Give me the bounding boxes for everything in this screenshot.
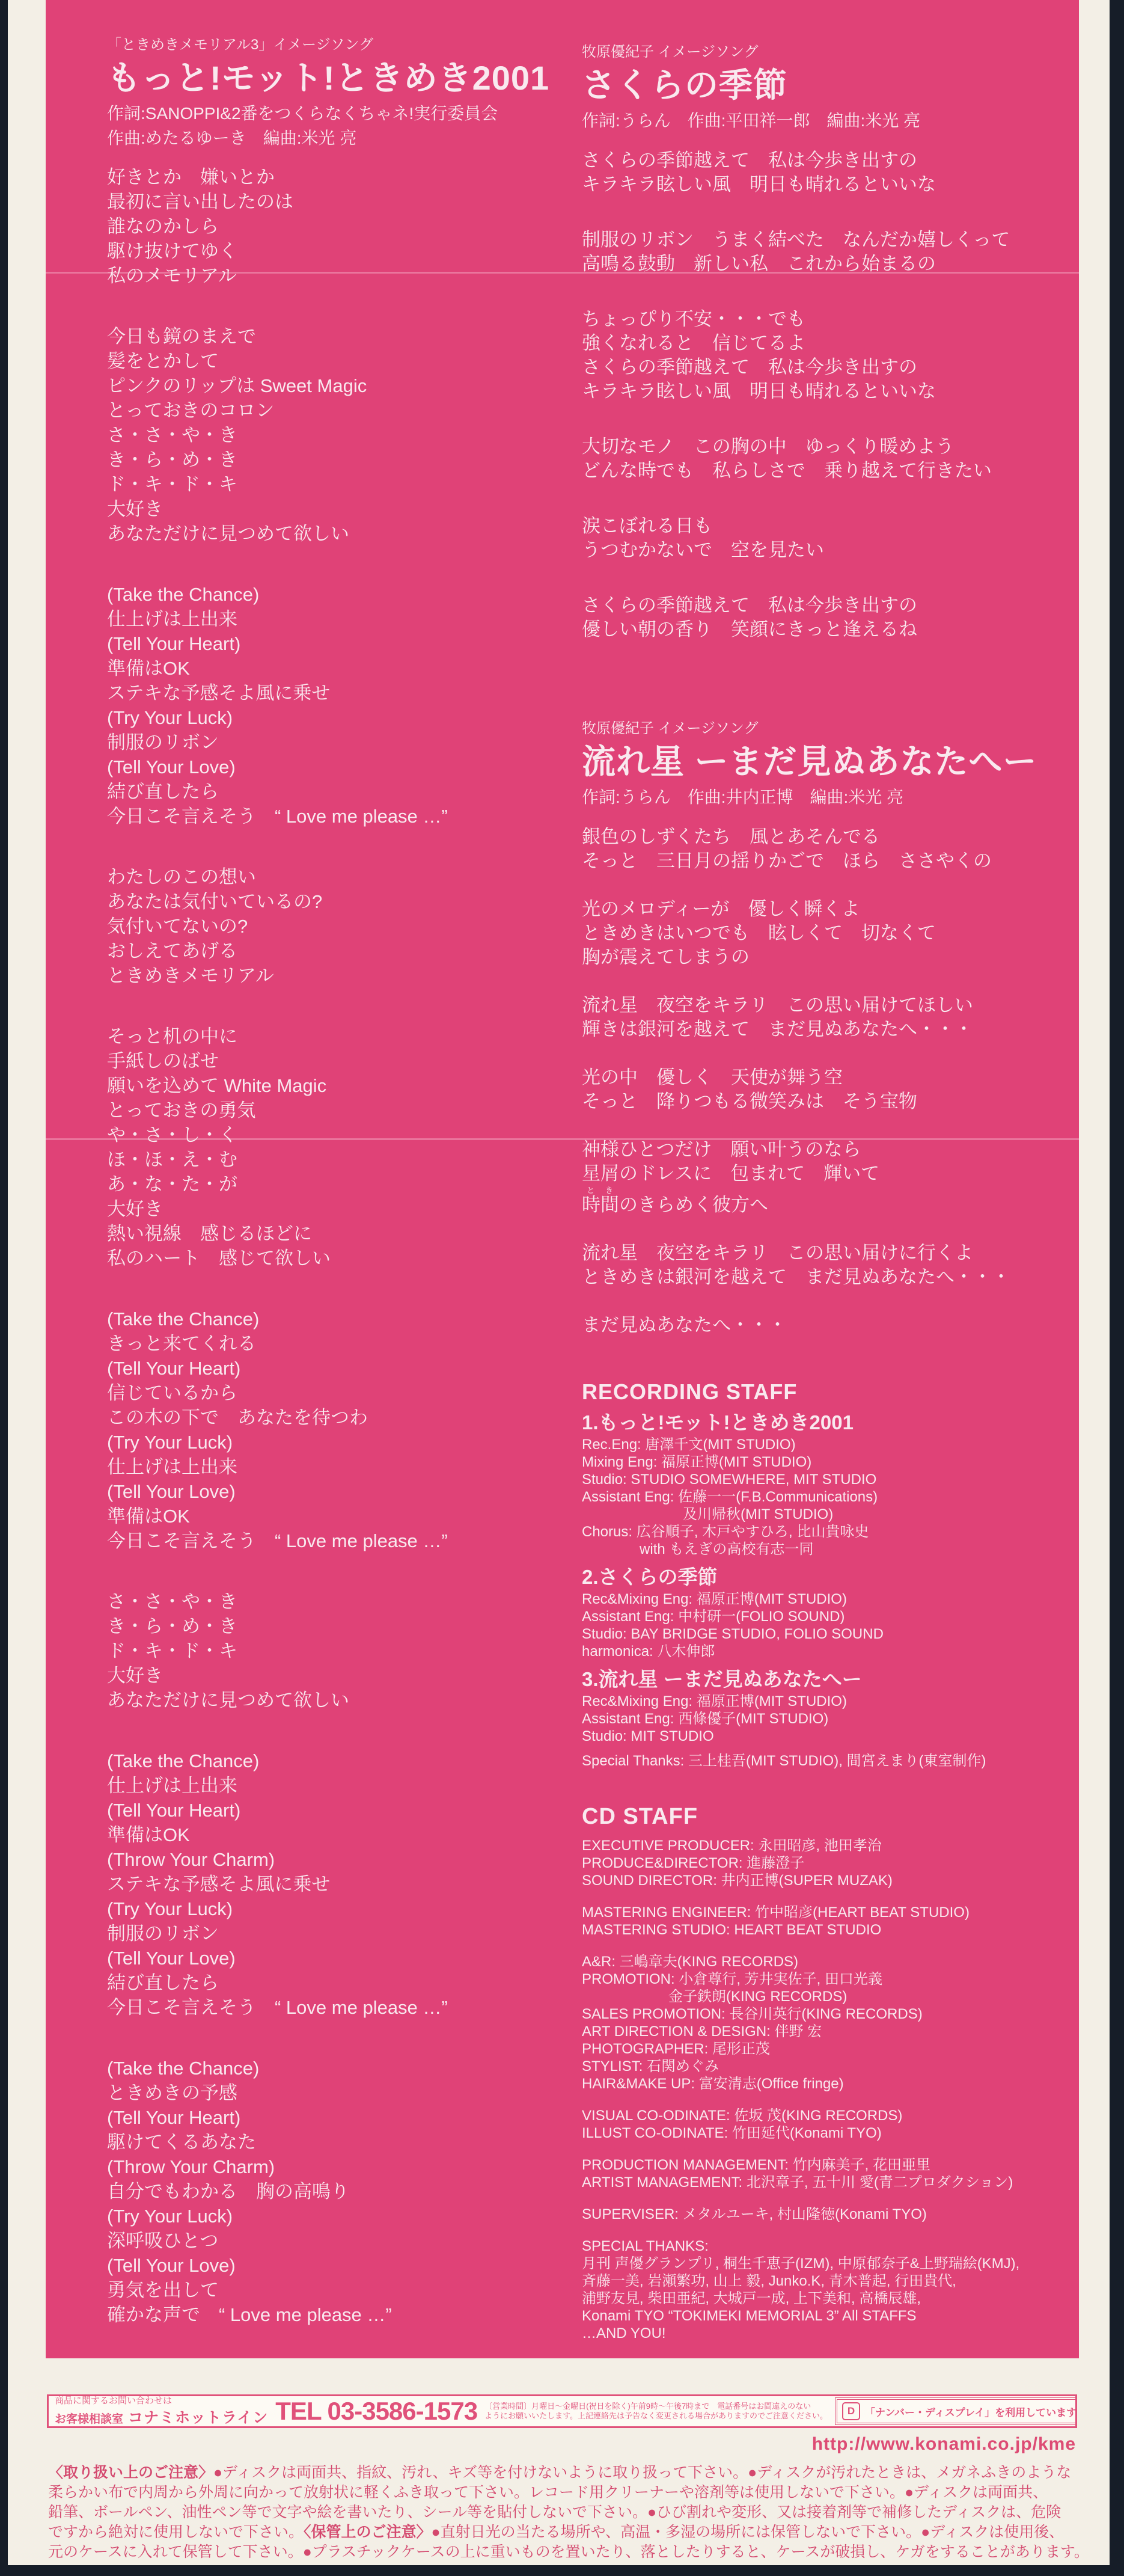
song1-lyrics: 好きとか 嫌いとか最初に言い出したのは誰なのかしら駆け抜けてゆく私のメモリアル今… <box>107 165 564 2327</box>
track-title: 2.さくらの季節 <box>582 1566 1070 1588</box>
staff-line: with もえぎの高校有志一同 <box>582 1541 1070 1558</box>
staff-line: Rec&Mixing Eng: 福原正博(MIT STUDIO) <box>582 1693 1070 1710</box>
lyric-line: 流れ星 夜空をキラリ この思い届けてほしい <box>582 993 1070 1017</box>
recording-track: 2.さくらの季節Rec&Mixing Eng: 福原正博(MIT STUDIO)… <box>582 1566 1070 1660</box>
lyric-line: 銀色のしずくたち 風とあそんでる <box>582 825 1070 849</box>
staff-line: Rec.Eng: 唐澤千文(MIT STUDIO) <box>582 1436 1070 1453</box>
lyric-line: さ・さ・や・き <box>107 423 564 447</box>
lyric-line: 優しい朝の香り 笑顔にきっと逢えるね <box>582 618 1070 642</box>
lyric-line: ときめきは銀河を越えて まだ見ぬあなたへ・・・ <box>582 1265 1070 1289</box>
fold-crease <box>46 1138 1079 1140</box>
lyric-line: (Tell Your Love) <box>107 755 564 779</box>
recording-track: 3.流れ星 ーまだ見ぬあなたへーRec&Mixing Eng: 福原正博(MIT… <box>582 1669 1070 1745</box>
lyric-line: 願いを込めて White Magic <box>107 1073 564 1098</box>
lyric-line: ド・キ・ド・キ <box>107 472 564 497</box>
lyric-line: あなただけに見つめて欲しい <box>107 521 564 546</box>
stanza: さ・さ・や・きき・ら・め・きド・キ・ド・キ大好きあなただけに見つめて欲しい <box>107 1589 564 1713</box>
lyric-line: (Tell Your Love) <box>107 1946 564 1970</box>
staff-line: 及川帰秋(MIT STUDIO) <box>582 1506 1070 1523</box>
lyric-line: (Try Your Luck) <box>107 2204 564 2228</box>
stanza: そっと机の中に手紙しのばせ願いを込めて White Magicとっておきの勇気や… <box>107 1024 564 1271</box>
recording-staff-heading: RECORDING STAFF <box>582 1381 1070 1403</box>
song1-credits: 作詞:SANOPPI&2番をつくらなくちゃネ!実行委員会作曲:めたるゆーき 編曲… <box>107 101 564 150</box>
lyric-line: 私のメモリアル <box>107 263 564 288</box>
lyric-line: うつむかないで 空を見たい <box>582 538 1070 562</box>
stanza: まだ見ぬあなたへ・・・ <box>582 1313 1070 1337</box>
stanza: (Take the Chance)きっと来てくれる(Tell Your Hear… <box>107 1307 564 1553</box>
lyric-line: 強くなれると 信じてるよ <box>582 331 1070 355</box>
lyric-line: 好きとか 嫌いとか <box>107 165 564 189</box>
hotline-hours-line2: ようにお願いいたします。上記連絡先は予告なく変更される場合がありますのでご注意く… <box>484 2411 828 2421</box>
lyric-line: 勇気を出して <box>107 2278 564 2302</box>
cd-staff-line: SOUND DIRECTOR: 井内正博(SUPER MUZAK) <box>582 1872 1070 1889</box>
staff-line: Assistant Eng: 中村研一(FOLIO SOUND) <box>582 1608 1070 1625</box>
lyric-line: 私のハート 感じて欲しい <box>107 1246 564 1271</box>
lyric-line: そっと 降りつもる微笑みは そう宝物 <box>582 1090 1070 1114</box>
lyric-line: 自分でもわかる 胸の高鳴り <box>107 2179 564 2204</box>
song2-lyrics: さくらの季節越えて 私は今歩き出すのキラキラ眩しい風 明日も晴れるといいな制服の… <box>582 149 1070 642</box>
lyrics-panel: 「ときめきメモリアル3」イメージソング もっと!モット!ときめき2001 作詞:… <box>46 0 1079 2358</box>
scan-edge-right <box>1110 0 1124 2576</box>
fold-crease <box>46 272 1079 274</box>
staff-line: Chorus: 広谷順子, 木戸やすひろ, 比山貴咏史 <box>582 1523 1070 1541</box>
lyric-line: 光の中 優しく 天使が舞う空 <box>582 1066 1070 1090</box>
precaution-line: 鉛筆、ボールペン、油性ペン等で文字や絵を書いたり、シール等を貼付しないで下さい。… <box>48 2503 1078 2522</box>
lyric-line: あ・な・た・が <box>107 1172 564 1197</box>
lyric-line: さくらの季節越えて 私は今歩き出すの <box>582 593 1070 618</box>
hotline-hours-line1: 〔営業時間〕月曜日～金曜日(祝日を除く)午前9時～午後7時まで 電話番号はお間違… <box>484 2402 828 2411</box>
number-display-text: 「ナンバー・ディスプレイ」を利用しています。 <box>865 2404 1077 2419</box>
stanza: 神様ひとつだけ 願い叶うのなら星屑のドレスに 包まれて 輝いて時間ときのきらめく… <box>582 1138 1070 1217</box>
lyric-line: (Tell Your Heart) <box>107 1356 564 1381</box>
hotline-hours: 〔営業時間〕月曜日～金曜日(祝日を除く)午前9時～午後7時まで 電話番号はお間違… <box>484 2402 828 2421</box>
lyric-line: ピンクのリップは Sweet Magic <box>107 373 564 398</box>
lyric-line: (Tell Your Love) <box>107 2253 564 2278</box>
staff-line: Mixing Eng: 福原正博(MIT STUDIO) <box>582 1453 1070 1471</box>
konami-url: http://www.konami.co.jp/kme <box>47 2434 1076 2455</box>
lyric-line: あなたは気付いているの? <box>107 889 564 914</box>
lyric-line: 駆けてくるあなた <box>107 2130 564 2154</box>
cd-staff-line: 金子鉄朗(KING RECORDS) <box>582 1988 1070 2005</box>
song2-tagline: 牧原優紀子 イメージソング <box>582 43 1070 61</box>
lyric-line: 誰なのかしら <box>107 214 564 239</box>
lyric-line: 深呼吸ひとつ <box>107 2228 564 2253</box>
lyric-line: 大切なモノ この胸の中 ゆっくり暖めよう <box>582 435 1070 459</box>
lyric-line: 仕上げは上出来 <box>107 607 564 631</box>
cd-staff-line: VISUAL CO-ODINATE: 佐坂 茂(KING RECORDS) <box>582 2107 1070 2124</box>
recording-special-thanks: Special Thanks: 三上桂吾(MIT STUDIO), 間宮えまり(… <box>582 1752 1070 1770</box>
stanza: わたしのこの想いあなたは気付いているの?気付いてないの?おしえてあげるときめきメ… <box>107 865 564 988</box>
cd-staff-groups: EXECUTIVE PRODUCER: 永田昭彦, 池田孝治PRODUCE&DI… <box>582 1837 1070 2342</box>
cd-staff-line: EXECUTIVE PRODUCER: 永田昭彦, 池田孝治 <box>582 1837 1070 1854</box>
lyric-line: 輝きは銀河を越えて まだ見ぬあなたへ・・・ <box>582 1017 1070 1041</box>
lyric-line: ステキな予感そよ風に乗せ <box>107 681 564 705</box>
stanza: 好きとか 嫌いとか最初に言い出したのは誰なのかしら駆け抜けてゆく私のメモリアル <box>107 165 564 288</box>
cd-staff-line: PRODUCE&DIRECTOR: 進藤澄子 <box>582 1854 1070 1872</box>
lyric-line: とっておきの勇気 <box>107 1098 564 1123</box>
lyric-line: キラキラ眩しい風 明日も晴れるといいな <box>582 173 1070 197</box>
staff-line: harmonica: 八木伸郎 <box>582 1643 1070 1660</box>
lyric-line: 結び直したら <box>107 779 564 804</box>
stanza: さくらの季節越えて 私は今歩き出すの優しい朝の香り 笑顔にきっと逢えるね <box>582 593 1070 642</box>
lyric-line: ときめきメモリアル <box>107 963 564 988</box>
lyric-line: 準備はOK <box>107 1504 564 1529</box>
lyric-line: (Try Your Luck) <box>107 1430 564 1455</box>
stanza: ちょっぴり不安・・・でも強くなれると 信じてるよさくらの季節越えて 私は今歩き出… <box>582 307 1070 403</box>
lyric-line: (Take the Chance) <box>107 582 564 607</box>
lyric-line: さくらの季節越えて 私は今歩き出すの <box>582 355 1070 379</box>
cd-staff-group: SUPERVISER: メタルユーキ, 村山隆徳(Konami TYO) <box>582 2206 1070 2223</box>
cd-staff-group: EXECUTIVE PRODUCER: 永田昭彦, 池田孝治PRODUCE&DI… <box>582 1837 1070 1889</box>
lyric-line: わたしのこの想い <box>107 865 564 889</box>
number-display-icon: D <box>842 2402 860 2420</box>
precaution-line: ですから絶対に使用しないで下さい。〈保管上のご注意〉●直射日光の当たる場所や、高… <box>48 2522 1078 2542</box>
lyric-line: そっと 三日月の揺りかごで ほら ささやくの <box>582 849 1070 873</box>
cd-staff-line: MASTERING ENGINEER: 竹中昭彦(HEART BEAT STUD… <box>582 1904 1070 1921</box>
cd-staff-line: …AND YOU! <box>582 2325 1070 2342</box>
staff-line: Assistant Eng: 西條優子(MIT STUDIO) <box>582 1710 1070 1728</box>
lyric-line: そっと机の中に <box>107 1024 564 1049</box>
lyric-line: きっと来てくれる <box>107 1331 564 1356</box>
lyric-line: 仕上げは上出来 <box>107 1455 564 1479</box>
lyric-line: (Throw Your Charm) <box>107 2154 564 2179</box>
cd-staff-line: 月刊 声優グランプリ, 桐生千恵子(IZM), 中原郁奈子&上野瑞絵(KMJ), <box>582 2255 1070 2272</box>
lyric-line: あなただけに見つめて欲しい <box>107 1688 564 1713</box>
cd-staff-group: MASTERING ENGINEER: 竹中昭彦(HEART BEAT STUD… <box>582 1904 1070 1939</box>
lyric-line: き・ら・め・き <box>107 1614 564 1639</box>
lyric-line: (Take the Chance) <box>107 2056 564 2081</box>
stanza: 今日も鏡のまえで髪をとかしてピンクのリップは Sweet Magicとっておきの… <box>107 324 564 546</box>
lyric-line: ときめきはいつでも 眩しくて 切なくて <box>582 921 1070 945</box>
lyric-line: まだ見ぬあなたへ・・・ <box>582 1313 1070 1337</box>
stanza: (Take the Chance)ときめきの予感(Tell Your Heart… <box>107 2056 564 2327</box>
track-title: 1.もっと!モット!ときめき2001 <box>582 1412 1070 1434</box>
song3-tagline: 牧原優紀子 イメージソング <box>582 720 1070 738</box>
stanza: 流れ星 夜空をキラリ この思い届けてほしい輝きは銀河を越えて まだ見ぬあなたへ・… <box>582 993 1070 1041</box>
cd-staff-line: PRODUCTION MANAGEMENT: 竹内麻美子, 花田亜里 <box>582 2156 1070 2174</box>
cd-staff-group: SPECIAL THANKS:月刊 声優グランプリ, 桐生千恵子(IZM), 中… <box>582 2237 1070 2342</box>
lyric-line: 気付いてないの? <box>107 914 564 939</box>
credit-line: 作詞:SANOPPI&2番をつくらなくちゃネ!実行委員会 <box>107 101 564 126</box>
hotline-brand: コナミホットライン <box>128 2406 268 2427</box>
stanza: 涙こぼれる日もうつむかないで 空を見たい <box>582 514 1070 562</box>
credit-line: 作詞:うらん 作曲:平田祥一郎 編曲:米光 亮 <box>582 108 1070 133</box>
song3-title: 流れ星 ーまだ見ぬあなたへー <box>582 744 1070 780</box>
lyric-line: 駆け抜けてゆく <box>107 239 564 263</box>
lyric-line: 仕上げは上出来 <box>107 1773 564 1798</box>
lyric-line: (Take the Chance) <box>107 1749 564 1773</box>
lyric-line: 確かな声で “ Love me please …” <box>107 2302 564 2327</box>
lyric-line: 信じているから <box>107 1381 564 1405</box>
cd-staff-heading: CD STAFF <box>582 1803 1070 1830</box>
song3-section: 牧原優紀子 イメージソング 流れ星 ーまだ見ぬあなたへー 作詞:うらん 作曲:井… <box>582 720 1070 1337</box>
lyric-line: き・ら・め・き <box>107 447 564 472</box>
cd-staff-line: HAIR&MAKE UP: 富安清志(Office fringe) <box>582 2075 1070 2093</box>
stanza: 光のメロディーが 優しく瞬くよときめきはいつでも 眩しくて 切なくて胸が震えてし… <box>582 897 1070 969</box>
lyric-line: ちょっぴり不安・・・でも <box>582 307 1070 331</box>
stanza: 大切なモノ この胸の中 ゆっくり暖めようどんな時でも 私らしさで 乗り越えて行き… <box>582 435 1070 483</box>
lyric-line: 準備はOK <box>107 1823 564 1847</box>
cd-staff-group: A&R: 三嶋章夫(KING RECORDS)PROMOTION: 小倉尊行, … <box>582 1953 1070 2093</box>
hotline-phone-number: TEL 03-3586-1573 <box>275 2397 477 2426</box>
cd-staff-line: ARTIST MANAGEMENT: 北沢章子, 五十川 愛(青二プロダクション… <box>582 2174 1070 2191</box>
cd-staff-line: 斉藤一美, 岩瀬繁功, 山上 毅, Junko.K, 青木普起, 行田貴代, <box>582 2272 1070 2290</box>
lyric-line: (Take the Chance) <box>107 1307 564 1331</box>
lyric-line: 準備はOK <box>107 656 564 681</box>
stanza: (Take the Chance)仕上げは上出来(Tell Your Heart… <box>107 582 564 829</box>
lyric-line: この木の下で あなたを待つわ <box>107 1405 564 1430</box>
lyric-line: 今日こそ言えそう “ Love me please …” <box>107 804 564 829</box>
stanza: さくらの季節越えて 私は今歩き出すのキラキラ眩しい風 明日も晴れるといいな <box>582 149 1070 197</box>
cd-staff-line: SPECIAL THANKS: <box>582 2237 1070 2255</box>
hotline-inquiry-label: 商品に関するお問い合わせは <box>55 2396 268 2406</box>
song2-title: さくらの季節 <box>582 67 1070 103</box>
cd-staff-line: MASTERING STUDIO: HEART BEAT STUDIO <box>582 1921 1070 1939</box>
lyric-line: さくらの季節越えて 私は今歩き出すの <box>582 149 1070 173</box>
lyric-line: 大好き <box>107 497 564 521</box>
lyric-line: (Tell Your Heart) <box>107 631 564 656</box>
lyric-line: 星屑のドレスに 包まれて 輝いて <box>582 1162 1070 1186</box>
lyric-line: さ・さ・や・き <box>107 1589 564 1614</box>
lyric-line: 制服のリボン <box>107 1921 564 1946</box>
lyric-line: ド・キ・ド・キ <box>107 1639 564 1663</box>
lyric-line: 制服のリボン <box>107 730 564 755</box>
lyric-line: 涙こぼれる日も <box>582 514 1070 538</box>
lyric-line: (Try Your Luck) <box>107 705 564 730</box>
staff-line: Studio: MIT STUDIO <box>582 1728 1070 1745</box>
lyric-line: 神様ひとつだけ 願い叶うのなら <box>582 1138 1070 1162</box>
recording-track: 1.もっと!モット!ときめき2001Rec.Eng: 唐澤千文(MIT STUD… <box>582 1412 1070 1558</box>
cd-staff-line: STYLIST: 石関めぐみ <box>582 2058 1070 2075</box>
song3-credits: 作詞:うらん 作曲:井内正博 編曲:米光 亮 <box>582 785 1070 809</box>
hotline-desk-row: お客様相談室 コナミホットライン <box>55 2406 268 2427</box>
lyric-line: (Tell Your Heart) <box>107 1798 564 1823</box>
song2-section: 牧原優紀子 イメージソング さくらの季節 作詞:うらん 作曲:平田祥一郎 編曲:… <box>582 43 1070 642</box>
recording-staff-tracks: 1.もっと!モット!ときめき2001Rec.Eng: 唐澤千文(MIT STUD… <box>582 1412 1070 1745</box>
lyric-line: (Try Your Luck) <box>107 1897 564 1921</box>
stanza: 光の中 優しく 天使が舞う空そっと 降りつもる微笑みは そう宝物 <box>582 1066 1070 1114</box>
lyric-line: 今日こそ言えそう “ Love me please …” <box>107 1529 564 1553</box>
cd-staff-line: PROMOTION: 小倉尊行, 芳井実佐子, 田口光義 <box>582 1970 1070 1988</box>
number-display-badge: D 「ナンバー・ディスプレイ」を利用しています。 <box>835 2397 1077 2425</box>
staff-line: Assistant Eng: 佐藤一一(F.B.Communications) <box>582 1488 1070 1506</box>
cd-staff-line: Konami TYO “TOKIMEKI MEMORIAL 3” All STA… <box>582 2307 1070 2325</box>
stanza: 流れ星 夜空をキラリ この思い届けに行くよときめきは銀河を越えて まだ見ぬあなた… <box>582 1241 1070 1289</box>
cd-staff-line: ART DIRECTION & DESIGN: 伴野 宏 <box>582 2023 1070 2040</box>
lyric-line: 髪をとかして <box>107 349 564 373</box>
lyric-line: (Tell Your Heart) <box>107 2105 564 2130</box>
lyric-line: 光のメロディーが 優しく瞬くよ <box>582 897 1070 921</box>
lyric-line: ステキな予感そよ風に乗せ <box>107 1872 564 1897</box>
lyric-line: おしえてあげる <box>107 939 564 963</box>
right-column: 牧原優紀子 イメージソング さくらの季節 作詞:うらん 作曲:平田祥一郎 編曲:… <box>582 43 1070 2357</box>
stanza: 制服のリボン うまく結べた なんだか嬉しくって高鳴る鼓動 新しい私 これから始ま… <box>582 228 1070 276</box>
lyric-line: 胸が震えてしまうの <box>582 945 1070 969</box>
cd-staff-group: PRODUCTION MANAGEMENT: 竹内麻美子, 花田亜里ARTIST… <box>582 2156 1070 2191</box>
stanza: (Take the Chance)仕上げは上出来(Tell Your Heart… <box>107 1749 564 2020</box>
staff-line: Rec&Mixing Eng: 福原正博(MIT STUDIO) <box>582 1590 1070 1608</box>
lyric-line: 制服のリボン うまく結べた なんだか嬉しくって <box>582 228 1070 252</box>
song1-section: 「ときめきメモリアル3」イメージソング もっと!モット!ときめき2001 作詞:… <box>107 36 564 2363</box>
lyric-line: 最初に言い出したのは <box>107 189 564 214</box>
lyric-line: 結び直したら <box>107 1970 564 1995</box>
lyric-line: 今日も鏡のまえで <box>107 324 564 349</box>
lyric-line: ときめきの予感 <box>107 2081 564 2105</box>
staff-line: Studio: STUDIO SOMEWHERE, MIT STUDIO <box>582 1471 1070 1488</box>
cd-staff-line: 浦野友見, 柴田亜紀, 大城戸一成, 上下美和, 高橋辰雄, <box>582 2290 1070 2307</box>
stanza: 銀色のしずくたち 風とあそんでるそっと 三日月の揺りかごで ほら ささやくの <box>582 825 1070 873</box>
scan-edge-left <box>0 0 8 2576</box>
song1-title: もっと!モット!ときめき2001 <box>107 60 564 96</box>
cd-staff-line: SALES PROMOTION: 長谷川英行(KING RECORDS) <box>582 2005 1070 2023</box>
lyric-line: 今日こそ言えそう “ Love me please …” <box>107 1995 564 2020</box>
credit-line: 作曲:めたるゆーき 編曲:米光 亮 <box>107 126 564 150</box>
track-title: 3.流れ星 ーまだ見ぬあなたへー <box>582 1669 1070 1690</box>
cd-staff-line: PHOTOGRAPHER: 尾形正茂 <box>582 2040 1070 2058</box>
lyric-line: や・さ・し・く <box>107 1123 564 1147</box>
lyric-line: 熱い視線 感じるほどに <box>107 1221 564 1246</box>
credit-line: 作詞:うらん 作曲:井内正博 編曲:米光 亮 <box>582 785 1070 809</box>
lyric-line: 流れ星 夜空をキラリ この思い届けに行くよ <box>582 1241 1070 1265</box>
song2-credits: 作詞:うらん 作曲:平田祥一郎 編曲:米光 亮 <box>582 108 1070 133</box>
song3-lyrics: 銀色のしずくたち 風とあそんでるそっと 三日月の揺りかごで ほら ささやくの光の… <box>582 825 1070 1337</box>
staff-line: Studio: BAY BRIDGE STUDIO, FOLIO SOUND <box>582 1625 1070 1643</box>
hotline-desk-label: お客様相談室 <box>55 2410 123 2426</box>
lyric-line: 時間ときのきらめく彼方へ <box>582 1186 1070 1217</box>
scan-edge-bottom <box>0 2565 1124 2576</box>
lyric-line: 大好き <box>107 1197 564 1221</box>
precautions-text: 〈取り扱い上のご注意〉●ディスクは両面共、指紋、汚れ、キズ等を付けないように取り… <box>48 2463 1078 2562</box>
precaution-line: 〈取り扱い上のご注意〉●ディスクは両面共、指紋、汚れ、キズ等を付けないように取り… <box>48 2463 1078 2483</box>
precaution-line: 元のケースに入れて保管して下さい。●プラスチックケースの上に重いものを置いたり、… <box>48 2542 1078 2562</box>
cd-staff-line: ILLUST CO-ODINATE: 竹田延代(Konami TYO) <box>582 2124 1070 2142</box>
hotline-bar: 商品に関するお問い合わせは お客様相談室 コナミホットライン TEL 03-35… <box>47 2394 1077 2428</box>
lyric-line: とっておきのコロン <box>107 398 564 423</box>
song1-tagline: 「ときめきメモリアル3」イメージソング <box>107 36 564 54</box>
lyric-line: (Throw Your Charm) <box>107 1847 564 1872</box>
cd-staff-line: A&R: 三嶋章夫(KING RECORDS) <box>582 1953 1070 1970</box>
booklet-scan: 「ときめきメモリアル3」イメージソング もっと!モット!ときめき2001 作詞:… <box>0 0 1124 2576</box>
lyric-line: 大好き <box>107 1663 564 1688</box>
lyric-line: 手紙しのばせ <box>107 1049 564 1073</box>
lyric-line: (Tell Your Love) <box>107 1479 564 1504</box>
cd-staff-group: VISUAL CO-ODINATE: 佐坂 茂(KING RECORDS)ILL… <box>582 2107 1070 2142</box>
lyric-line: キラキラ眩しい風 明日も晴れるといいな <box>582 379 1070 403</box>
lyric-line: ほ・ほ・え・む <box>107 1147 564 1172</box>
hotline-inquiries: 商品に関するお問い合わせは お客様相談室 コナミホットライン <box>55 2396 268 2427</box>
precaution-line: 柔らかい布で内周から外周に向かって放射状に軽くふき取って下さい。レコード用クリー… <box>48 2483 1078 2503</box>
cd-staff-line: SUPERVISER: メタルユーキ, 村山隆徳(Konami TYO) <box>582 2206 1070 2223</box>
lyric-line: どんな時でも 私らしさで 乗り越えて行きたい <box>582 459 1070 483</box>
